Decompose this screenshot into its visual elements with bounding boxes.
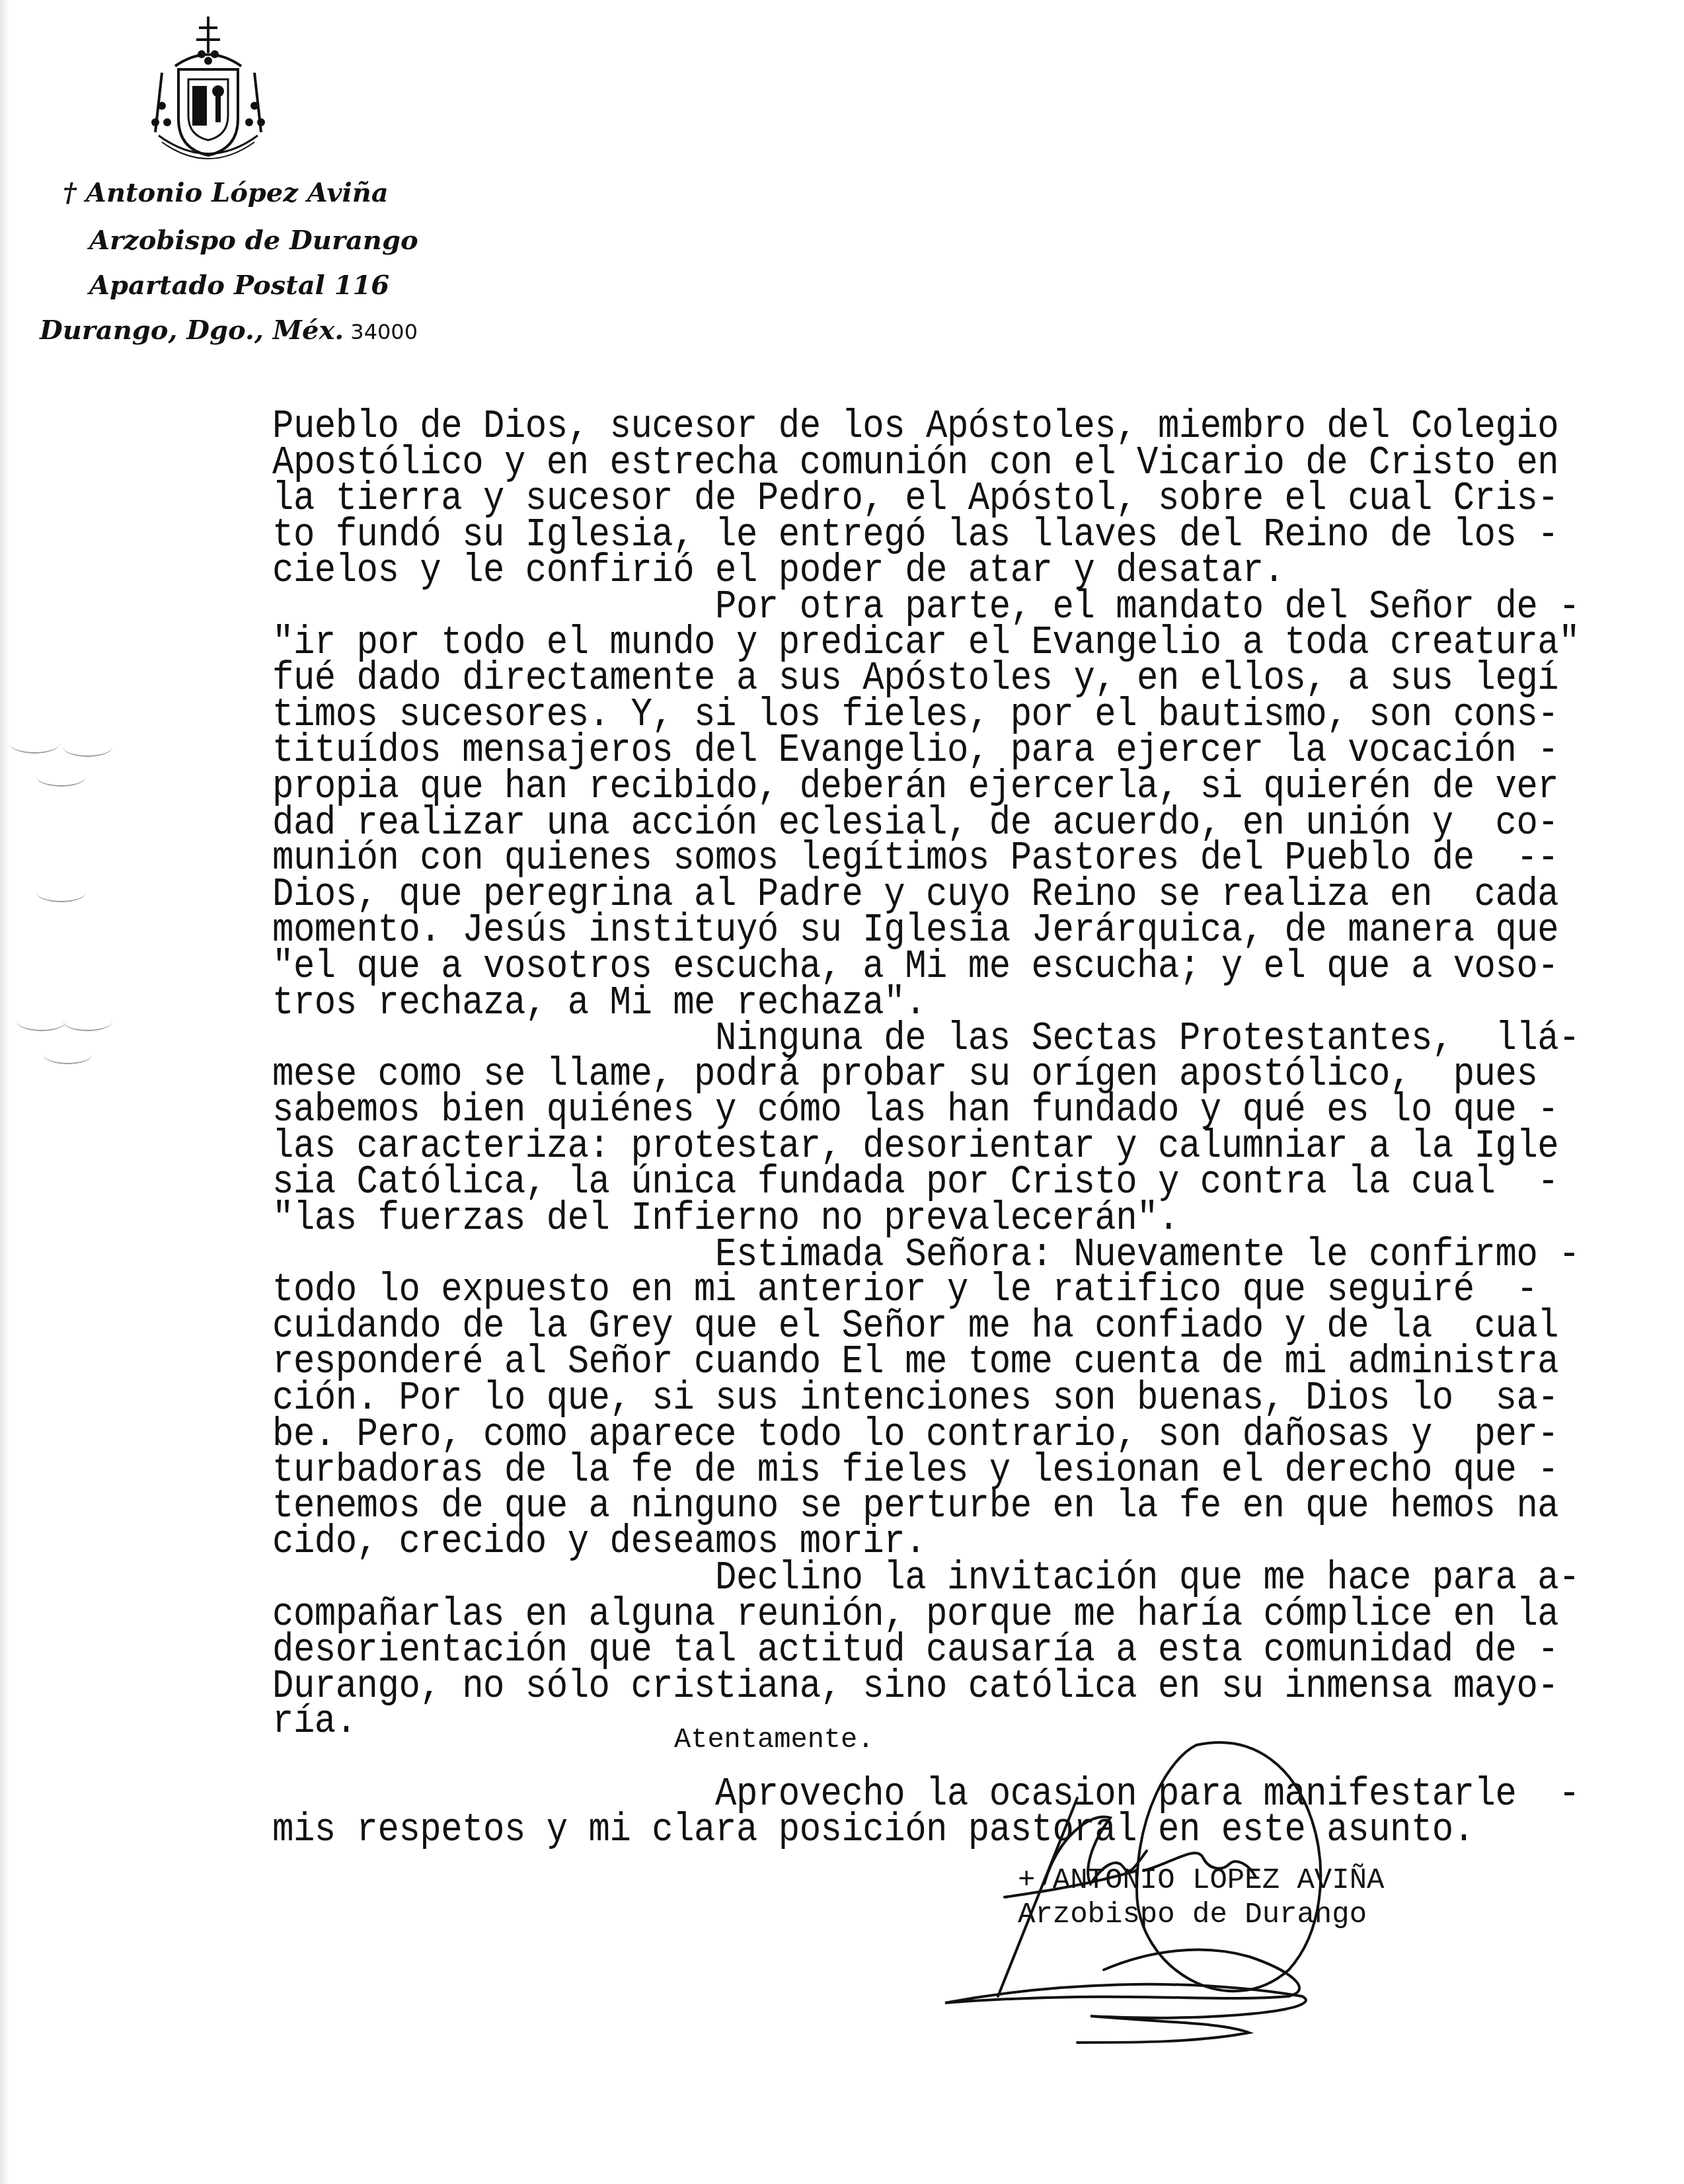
punch-hole-mark: [43, 1044, 93, 1064]
body-line: Durango, no sólo cristiana, sino católic…: [272, 1669, 1528, 1705]
closing: Atentamente.: [674, 1724, 874, 1756]
punch-hole-mark: [17, 1011, 66, 1031]
letterhead-name: † Antonio López Aviña: [63, 177, 389, 208]
letter-page: † Antonio López Aviña Arzobispo de Duran…: [0, 0, 1684, 2184]
punch-hole-mark: [63, 737, 112, 757]
punch-hole-mark: [36, 767, 86, 787]
letter-body: Pueblo de Dios, sucesor de los Apóstoles…: [272, 410, 1528, 1849]
letterhead-city: Durango, Dgo., Méx.34000: [40, 315, 418, 346]
archbishop-coat-of-arms-icon: [135, 13, 281, 165]
letterhead-title: Arzobispo de Durango: [89, 225, 418, 256]
letterhead-city-text: Durango, Dgo., Méx.: [40, 315, 344, 346]
punch-hole-mark: [63, 1011, 112, 1031]
punch-hole-mark: [36, 882, 86, 902]
letterhead-address: Apartado Postal 116: [89, 270, 389, 301]
signatory-name: + ANTONIO LOPEZ AVIÑA: [1018, 1864, 1385, 1897]
signatory-title: Arzobispo de Durango: [1018, 1898, 1367, 1931]
punch-hole-mark: [10, 734, 59, 754]
scan-edge: [0, 0, 9, 2184]
letterhead-zip: 34000: [350, 319, 418, 344]
